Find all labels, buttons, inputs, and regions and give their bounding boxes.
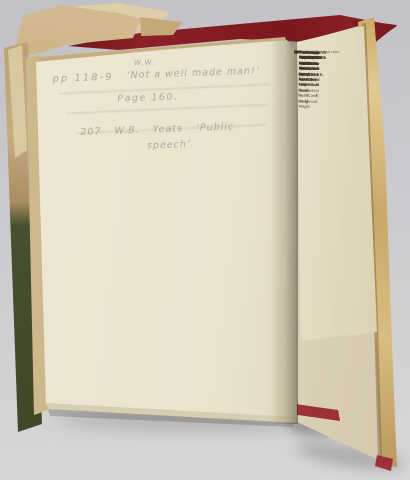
flap-entry-text: A Selection, with an Introduction by Edi… (299, 50, 320, 77)
book-photograph: pp 118-9 W.W. ‘Not a well made man!’ Pag… (0, 0, 410, 480)
handwriting-line: Page 160. (117, 92, 178, 105)
handwriting-superscript: W.W. (134, 58, 155, 67)
handwriting-line: 207 W.B. Yeats ‘Public (80, 122, 234, 138)
handwriting-line: ‘Not a well made man!’ (126, 66, 260, 82)
gutter-shadow (270, 40, 298, 424)
handwriting-line: pp 118-9 (52, 72, 113, 85)
pencil-inscription: pp 118-9 W.W. ‘Not a well made man!’ Pag… (50, 58, 279, 176)
handwriting-line: speech’ (147, 139, 191, 152)
